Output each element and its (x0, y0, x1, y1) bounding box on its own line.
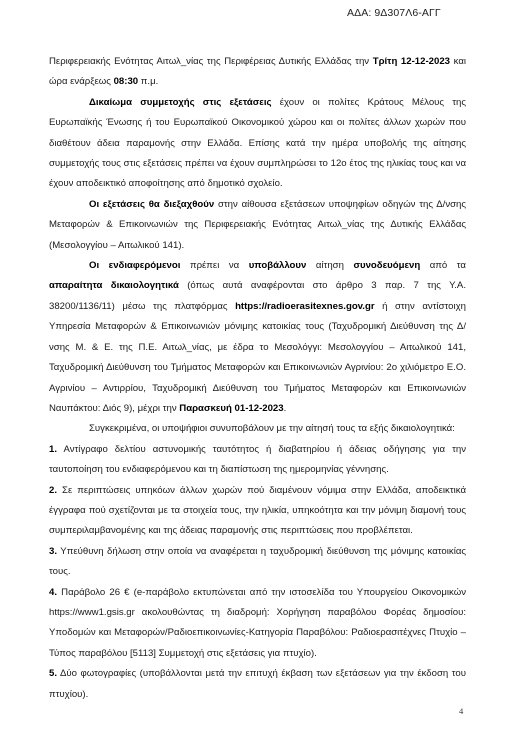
paragraph-documents-intro: Συγκεκριμένα, οι υποψήφιοι συνυποβάλουν … (49, 419, 466, 439)
text-run: έχουν οι πολίτες Κράτους Μέλους της Ευρω… (49, 97, 466, 190)
bold-text: Δικαίωμα συμμετοχής στις εξετάσεις (89, 97, 272, 108)
list-item-photos: 5. Δύο φωτογραφίες (υποβάλλονται μετά τη… (49, 664, 466, 705)
ada-code: ΑΔΑ: 9Δ307Λ6-ΑΓΓ (347, 7, 441, 19)
paragraph-application: Οι ενδιαφερόμενοι πρέπει να υποβάλλουν α… (49, 256, 466, 419)
bold-text: απαραίτητα δικαιολογητικά (49, 280, 179, 291)
bold-text: υποβάλλουν (249, 260, 307, 271)
text-run: Υπεύθυνη δήλωση στην οποία να αναφέρεται… (49, 546, 466, 577)
list-item-fee: 4. Παράβολο 26 € (e-παράβολο εκτυπώνεται… (49, 583, 466, 665)
text-run: Αντίγραφο δελτίου αστυνομικής ταυτότητος… (49, 444, 466, 475)
text-run: Παράβολο 26 € (e-παράβολο εκτυπώνεται απ… (49, 587, 466, 659)
paragraph-exam-location: Οι εξετάσεις θα διεξαχθούν στην αίθουσα … (49, 195, 466, 256)
bold-text: https://radioerasitexnes.gov.gr (235, 301, 375, 312)
text-run: Σε περιπτώσεις υπηκόων άλλων χωρών πού δ… (49, 485, 466, 537)
bold-text: 5. (49, 668, 57, 679)
bold-text: Οι εξετάσεις θα διεξαχθούν (89, 199, 214, 210)
bold-text: 1. (49, 444, 57, 455)
text-run: πρέπει να (180, 260, 248, 271)
text-run: από τα (420, 260, 466, 271)
text-run: Περιφερειακής Ενότητας Αιτωλ_νίας της Πε… (49, 56, 373, 67)
bold-text: Τρίτη 12-12-2023 (373, 56, 450, 67)
paragraph-eligibility: Δικαίωμα συμμετοχής στις εξετάσεις έχουν… (49, 93, 466, 195)
text-run: Δύο φωτογραφίες (υποβάλλονται μετά την ε… (49, 668, 466, 699)
list-item-id-copy: 1. Αντίγραφο δελτίου αστυνομικής ταυτότη… (49, 440, 466, 481)
text-run: Συγκεκριμένα, οι υποψήφιοι συνυποβάλουν … (89, 423, 455, 434)
bold-text: συνοδευόμενη (353, 260, 420, 271)
paragraph-exam-venue-continued: Περιφερειακής Ενότητας Αιτωλ_νίας της Πε… (49, 52, 466, 93)
list-item-foreign-docs: 2. Σε περιπτώσεις υπηκόων άλλων χωρών πο… (49, 481, 466, 542)
page-number: 4 (459, 706, 463, 716)
bold-text: 3. (49, 546, 57, 557)
text-run: π.μ. (138, 76, 158, 87)
text-run: αίτηση (306, 260, 353, 271)
list-item-declaration: 3. Υπεύθυνη δήλωση στην οποία να αναφέρε… (49, 542, 466, 583)
text-run: ή στην αντίστοιχη Υπηρεσία Μεταφορών & Ε… (49, 301, 466, 414)
text-run: . (284, 403, 287, 414)
document-body: Περιφερειακής Ενότητας Αιτωλ_νίας της Πε… (49, 52, 466, 705)
bold-text: 4. (49, 587, 57, 598)
bold-text: Παρασκευή 01-12-2023 (179, 403, 283, 414)
bold-text: 2. (49, 485, 57, 496)
bold-text: 08:30 (114, 76, 139, 87)
bold-text: Οι ενδιαφερόμενοι (89, 260, 180, 271)
